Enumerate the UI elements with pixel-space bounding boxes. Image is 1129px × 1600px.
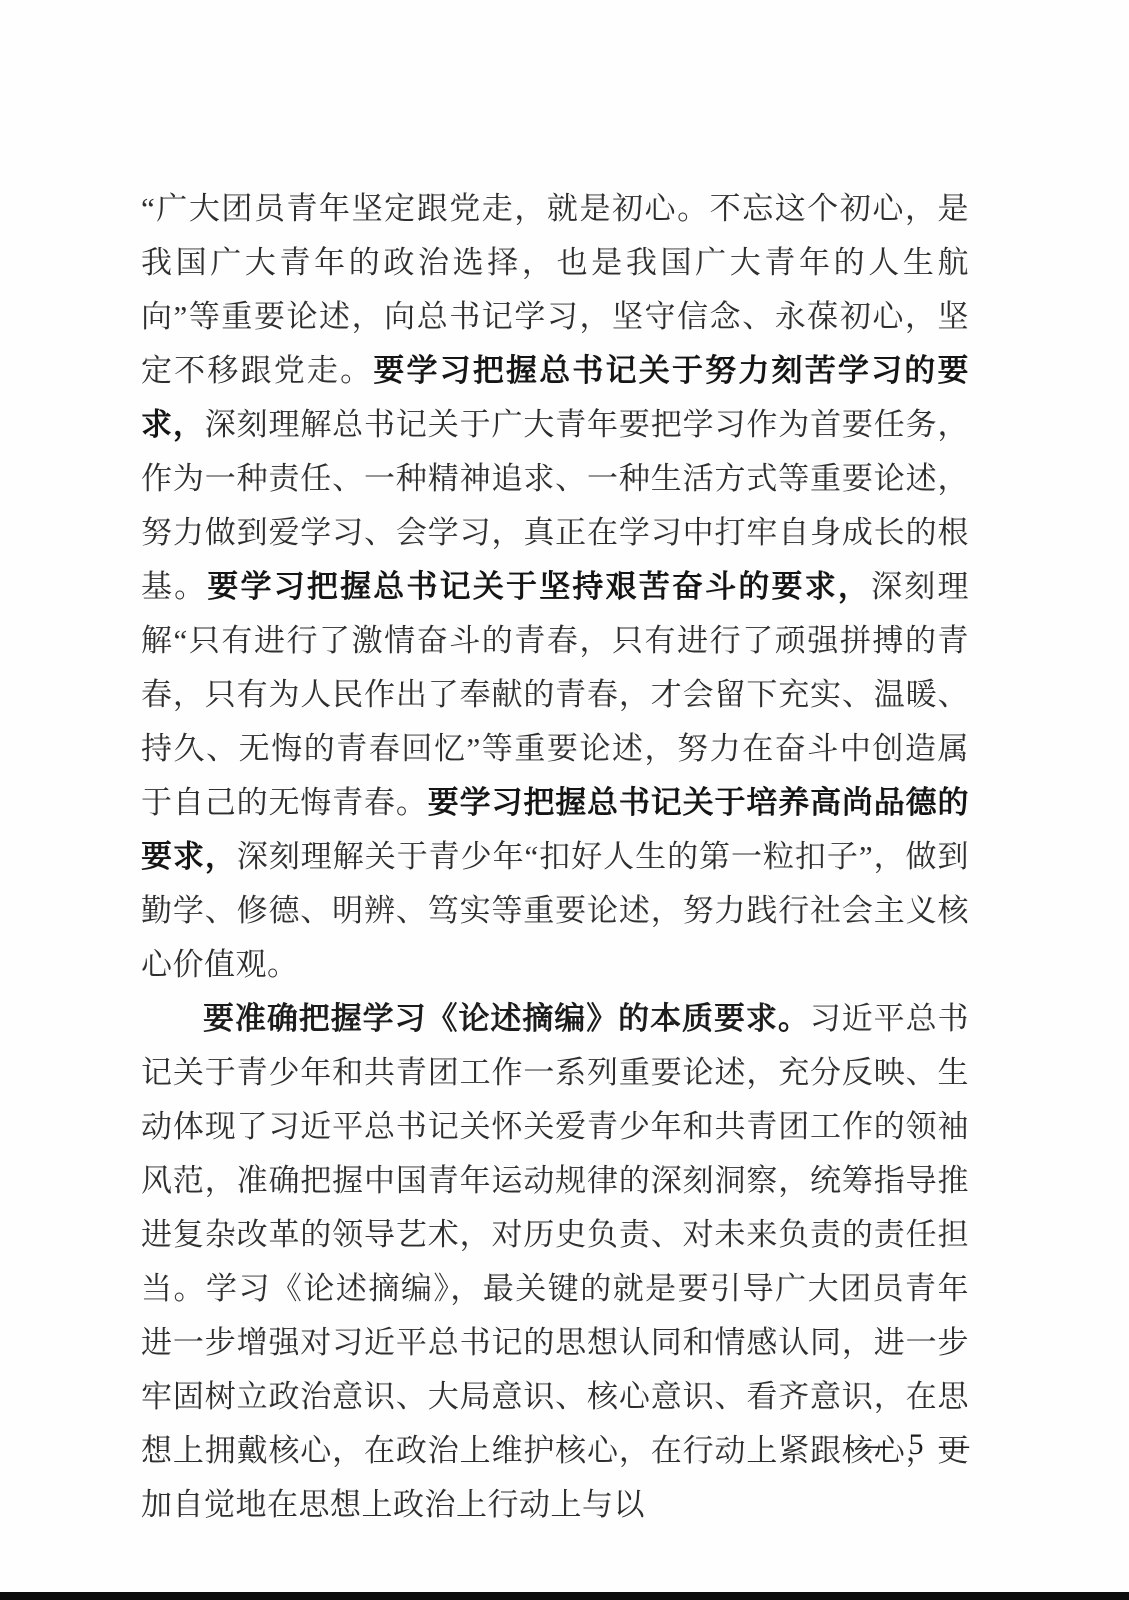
- text-segment-regular: 深刻理解“只有进行了激情奋斗的青春，只有进行了顽强拼搏的青春，只有为人民作出了奉…: [141, 569, 969, 820]
- document-body: “广大团员青年坚定跟党走，就是初心。不忘这个初心，是我国广大青年的政治选择，也是…: [141, 182, 969, 1532]
- paragraph: 要准确把握学习《论述摘编》的本质要求。习近平总书记关于青少年和共青团工作一系列重…: [141, 992, 969, 1532]
- text-segment-regular: 深刻理解关于青少年“扣好人生的第一粒扣子”，做到勤学、修德、明辨、笃实等重要论述…: [141, 839, 969, 982]
- text-segment-bold: 要学习把握总书记关于坚持艰苦奋斗的要求，: [207, 569, 871, 604]
- scan-edge-bar: [0, 1592, 1129, 1600]
- document-page: “广大团员青年坚定跟党走，就是初心。不忘这个初心，是我国广大青年的政治选择，也是…: [0, 0, 1129, 1600]
- text-segment-regular: 习近平总书记关于青少年和共青团工作一系列重要论述，充分反映、生动体现了习近平总书…: [141, 1001, 969, 1522]
- page-number: — 5 —: [863, 1428, 973, 1462]
- text-segment-bold-kai: 要准确把握学习《论述摘编》的本质要求。: [203, 1001, 810, 1036]
- paragraph: “广大团员青年坚定跟党走，就是初心。不忘这个初心，是我国广大青年的政治选择，也是…: [141, 182, 969, 992]
